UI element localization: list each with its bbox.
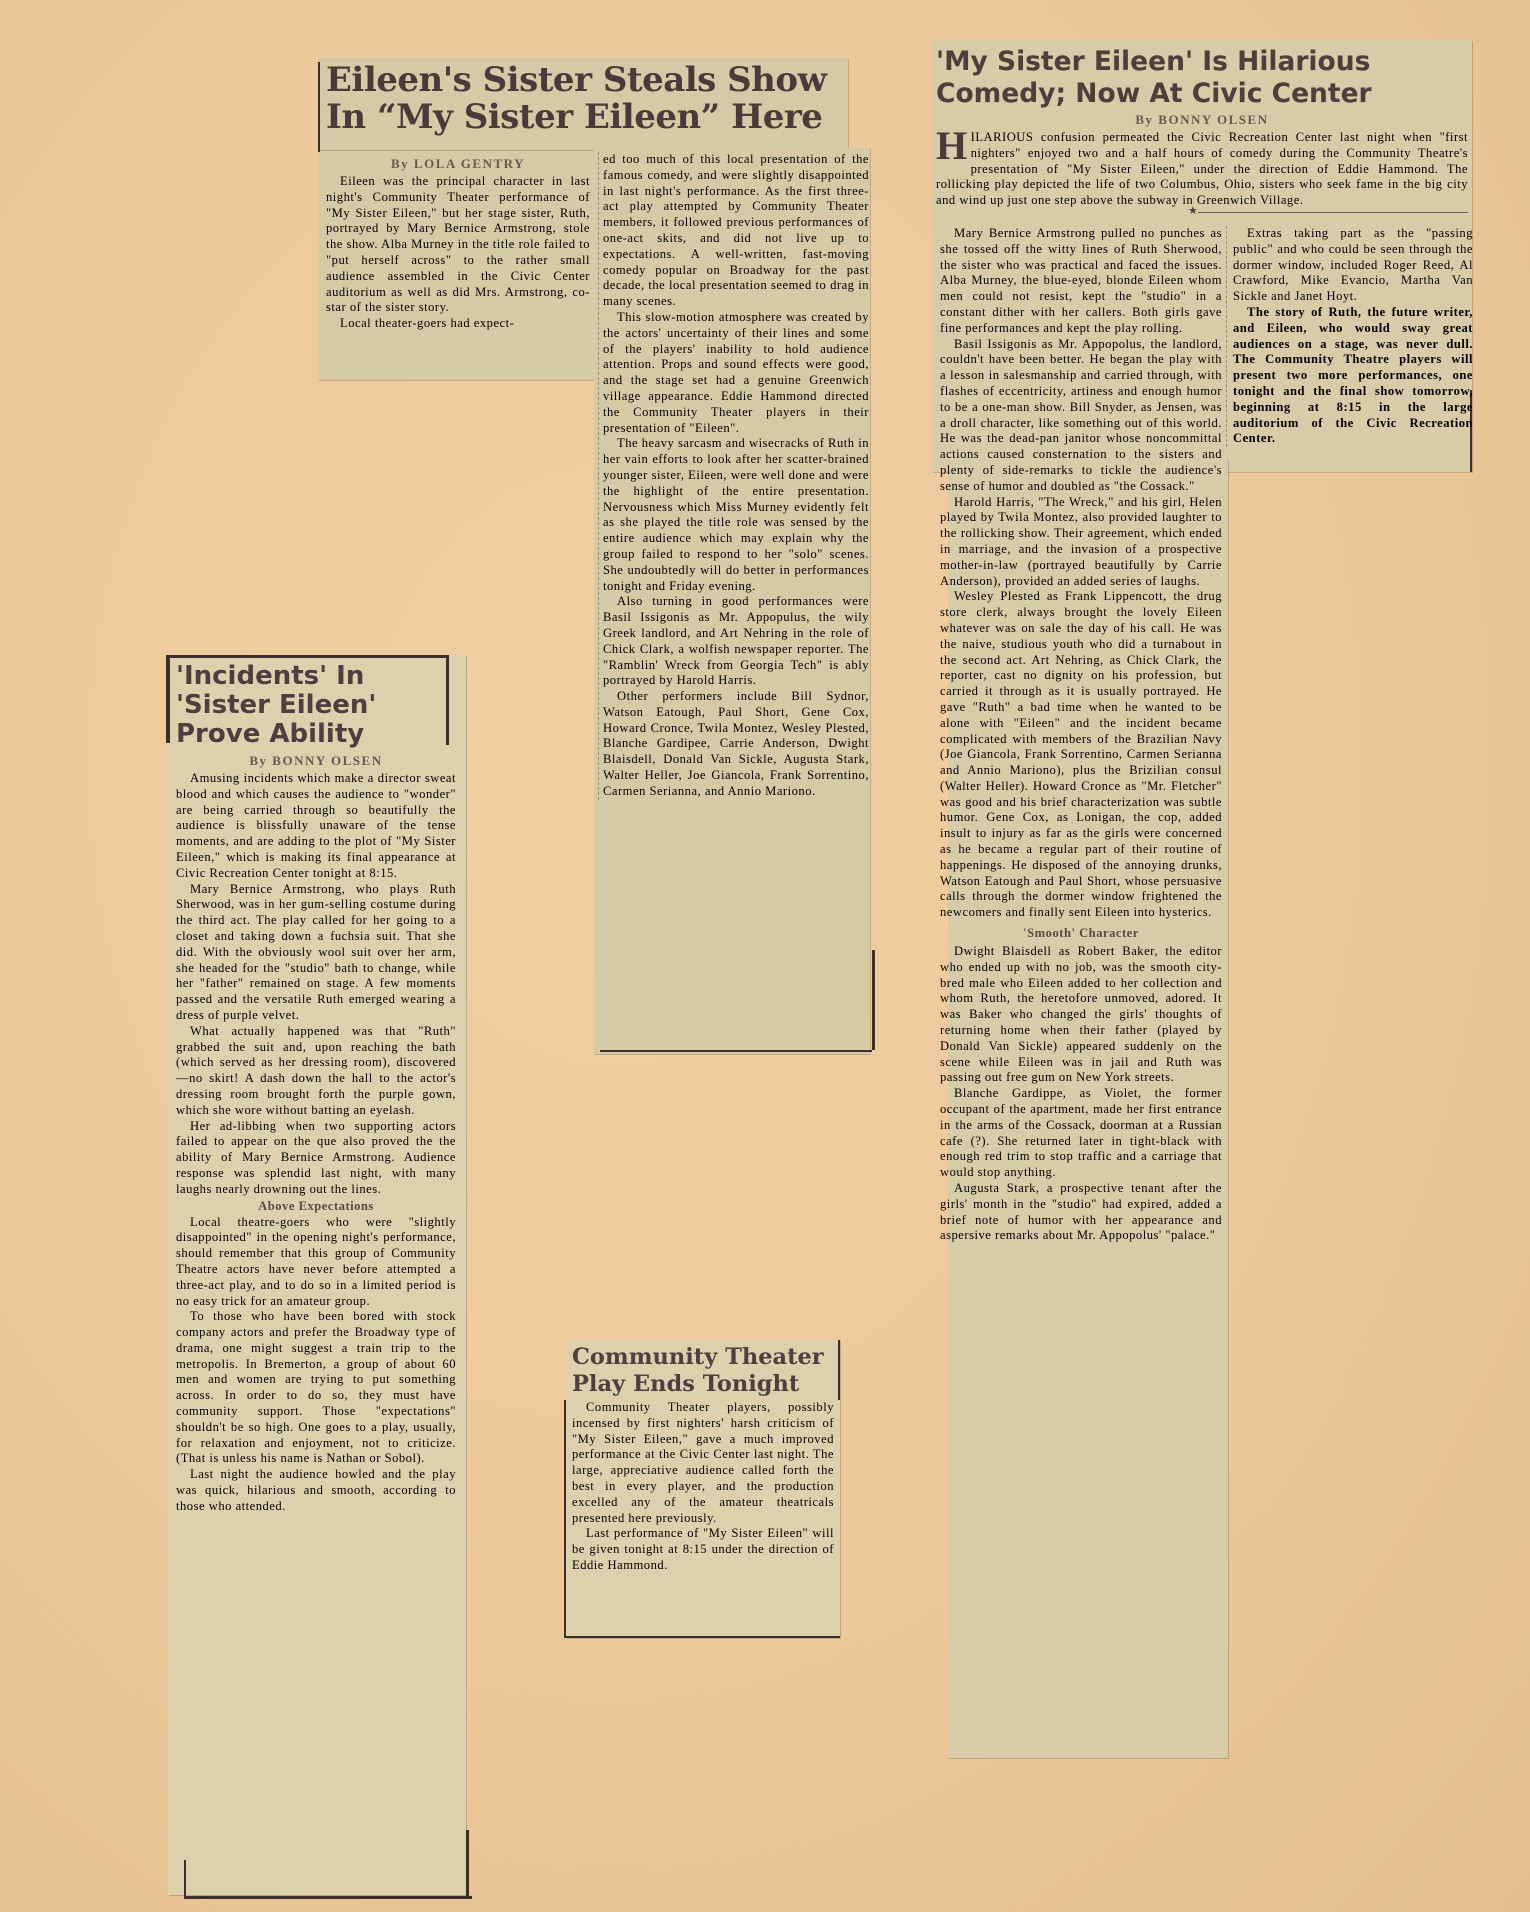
paragraph: Wesley Plested as Frank Lippencott, the … [940,589,1222,921]
paragraph: To those who have been bored with stock … [176,1309,456,1467]
paragraph: ed too much of this local presentation o… [603,152,869,310]
paragraph: Her ad-libbing when two supporting actor… [176,1119,456,1198]
paragraph: The story of Ruth, the future writer, an… [1233,305,1473,447]
lead-paragraph: ILARIOUS confusion permeated the Civic R… [936,130,1468,207]
headline: Community Theater Play Ends Tonight [572,1344,834,1398]
star-icon: ★ [1188,204,1198,217]
subhead: 'Smooth' Character [940,925,1222,942]
paragraph: Augusta Stark, a prospective tenant afte… [940,1181,1222,1244]
article-incidents-body: By BONNY OLSEN Amusing incidents which m… [176,753,456,1515]
article-play-ends-body: Community Theater players, possibly ince… [572,1400,834,1574]
headline: 'My Sister Eileen' Is Hilarious Comedy; … [936,46,1468,110]
paragraph: Other performers include Bill Sydnor, Wa… [603,689,869,800]
clip-edge [600,1050,872,1052]
paragraph: Community Theater players, possibly ince… [572,1400,834,1526]
clip-edge [564,1400,566,1638]
clip-edge [466,1830,469,1898]
article-hilarious: 'My Sister Eileen' Is Hilarious Comedy; … [936,46,1468,217]
clip-edge [166,655,170,743]
clip-edge [184,1860,186,1898]
paragraph: Last night the audience howled and the p… [176,1467,456,1514]
subhead: Above Expectations [176,1198,456,1215]
headline: 'Incidents' In 'Sister Eileen' Prove Abi… [176,662,456,749]
byline: By BONNY OLSEN [936,112,1468,128]
article-incidents: 'Incidents' In 'Sister Eileen' Prove Abi… [176,662,456,1515]
clip-edge [318,62,320,152]
article-hilarious-left-col: Mary Bernice Armstrong pulled no punches… [940,226,1222,1244]
paragraph: Basil Issigonis as Mr. Appopolus, the la… [940,337,1222,495]
paragraph: Dwight Blaisdell as Robert Baker, the ed… [940,944,1222,1086]
paragraph: This slow-motion atmosphere was created … [603,310,869,436]
paragraph: The heavy sarcasm and wisecracks of Ruth… [603,436,869,594]
article-steals-show: Eileen's Sister Steals Show In “My Siste… [326,62,846,135]
clip-edge [872,950,875,1050]
article-steals-show-col1: By LOLA GENTRY Eileen was the principal … [326,152,590,332]
article-hilarious-right-col: Extras taking part as the "passing publi… [1226,226,1473,447]
byline: By BONNY OLSEN [176,753,456,769]
paragraph: Mary Bernice Armstrong pulled no punches… [940,226,1222,337]
paragraph: Harold Harris, "The Wreck," and his girl… [940,495,1222,590]
drop-cap: H [936,130,971,162]
byline: By LOLA GENTRY [326,156,590,172]
article-steals-show-col2: ed too much of this local presentation o… [598,152,869,800]
paragraph: Amusing incidents which make a director … [176,771,456,882]
article-play-ends: Community Theater Play Ends Tonight Comm… [572,1344,834,1574]
paragraph: Mary Bernice Armstrong, who plays Ruth S… [176,882,456,1024]
paragraph: What actually happened was that "Ruth" g… [176,1024,456,1119]
paragraph: Last performance of "My Sister Eileen" w… [572,1526,834,1573]
paragraph: Blanche Gardippe, as Violet, the former … [940,1086,1222,1181]
paragraph: Local theatre-goers who were "slightly d… [176,1215,456,1310]
clip-edge [166,655,448,658]
paragraph: Extras taking part as the "passing publi… [1233,226,1473,305]
star-divider: ★ [1198,212,1468,213]
clip-edge [838,1340,840,1400]
paragraph: Local theater-goers had expect- [326,316,590,332]
headline: Eileen's Sister Steals Show In “My Siste… [326,62,846,135]
paragraph: Eileen was the principal character in la… [326,174,590,316]
article-hilarious-lead: HILARIOUS confusion permeated the Civic … [936,130,1468,209]
clip-edge [184,1896,472,1899]
clip-edge [566,1636,840,1638]
paragraph: Also turning in good performances were B… [603,594,869,689]
